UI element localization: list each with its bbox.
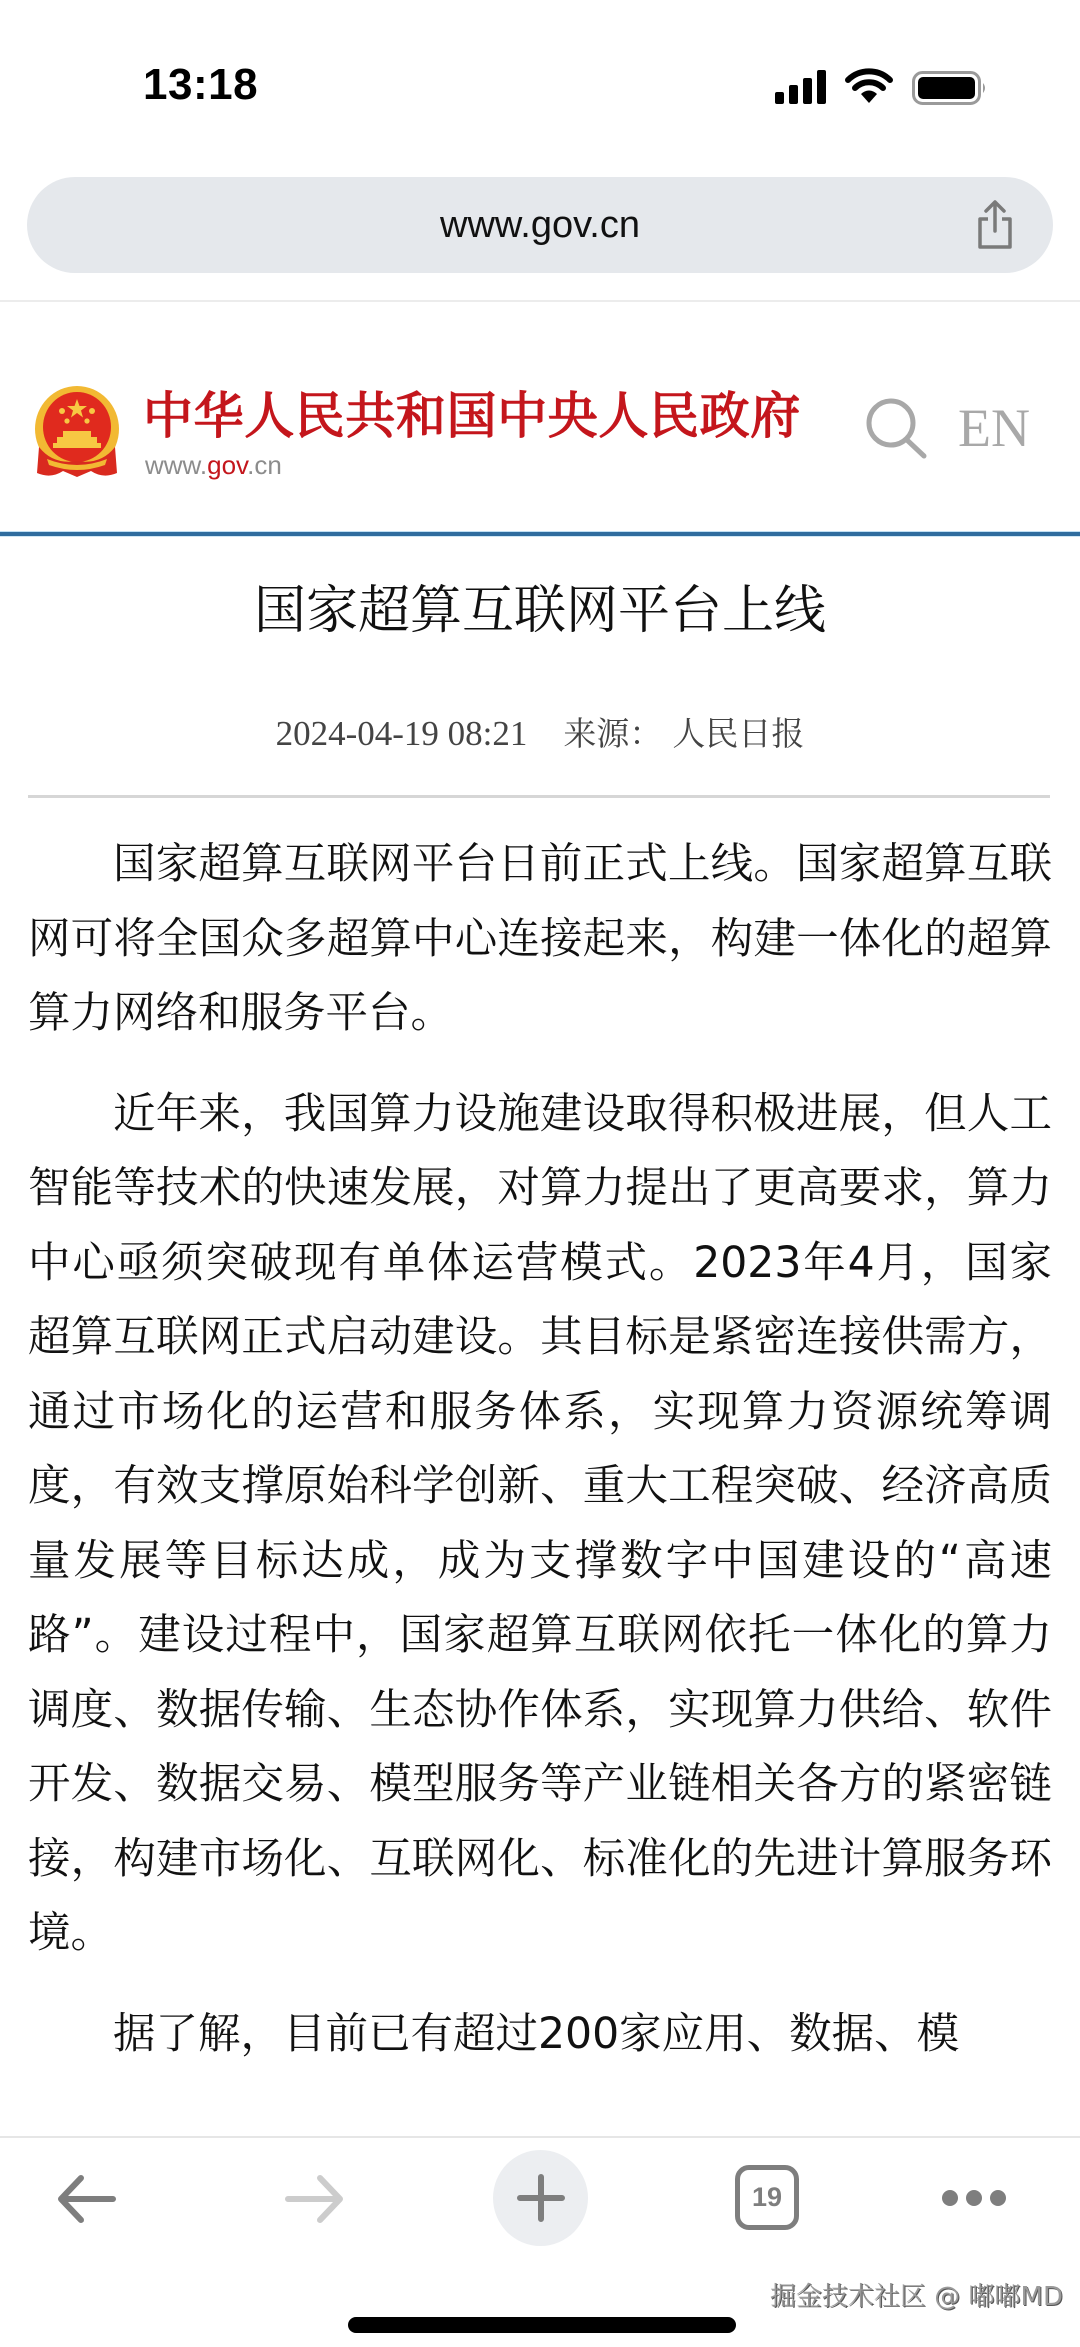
- article-meta: 2024-04-19 08:21来源：人民日报: [0, 710, 1080, 758]
- publish-date: 2024-04-19 08:21: [276, 714, 528, 753]
- meta-divider: [28, 795, 1050, 798]
- tab-count-button[interactable]: 19: [735, 2165, 799, 2230]
- domain-gov: gov: [207, 450, 247, 480]
- home-indicator[interactable]: [348, 2317, 736, 2333]
- watermark: 掘金技术社区 @ 嘟嘟MD: [770, 2280, 1063, 2314]
- battery-icon: [912, 71, 988, 105]
- paragraph: 据了解，目前已有超过200家应用、数据、模: [28, 1998, 1052, 2073]
- national-emblem-icon[interactable]: [33, 385, 121, 481]
- source-name: 人民日报: [672, 714, 804, 753]
- article-body: 国家超算互联网平台日前正式上线。国家超算互联网可将全国众多超算中心连接起来，构建…: [28, 828, 1052, 2098]
- forward-arrow-icon[interactable]: [282, 2172, 346, 2226]
- status-time: 13:18: [143, 60, 258, 110]
- more-dots-icon[interactable]: [942, 2188, 1008, 2208]
- english-link[interactable]: EN: [958, 398, 1030, 458]
- wifi-icon: [845, 68, 893, 104]
- back-arrow-icon[interactable]: [55, 2172, 119, 2226]
- paragraph: 近年来，我国算力设施建设取得积极进展，但人工智能等技术的快速发展，对算力提出了更…: [28, 1078, 1052, 1972]
- address-bar[interactable]: www.gov.cn: [27, 177, 1053, 273]
- article-title: 国家超算互联网平台上线: [0, 578, 1080, 644]
- source-label: 来源：: [563, 714, 662, 753]
- browser-divider: [0, 300, 1080, 302]
- domain-prefix: www.: [145, 450, 207, 480]
- browser-toolbar: 19: [0, 2136, 1080, 2347]
- new-tab-button[interactable]: [493, 2150, 588, 2246]
- cellular-signal-icon: [775, 70, 829, 104]
- paragraph: 国家超算互联网平台日前正式上线。国家超算互联网可将全国众多超算中心连接起来，构建…: [28, 828, 1052, 1052]
- url-text[interactable]: www.gov.cn: [27, 177, 1053, 273]
- plus-icon: [517, 2174, 565, 2222]
- site-domain[interactable]: www.gov.cn: [145, 450, 282, 480]
- site-title[interactable]: 中华人民共和国中央人民政府: [143, 386, 801, 446]
- share-icon[interactable]: [975, 199, 1015, 251]
- search-icon[interactable]: [864, 396, 930, 462]
- domain-suffix: .cn: [247, 450, 282, 480]
- header-divider: [0, 531, 1080, 537]
